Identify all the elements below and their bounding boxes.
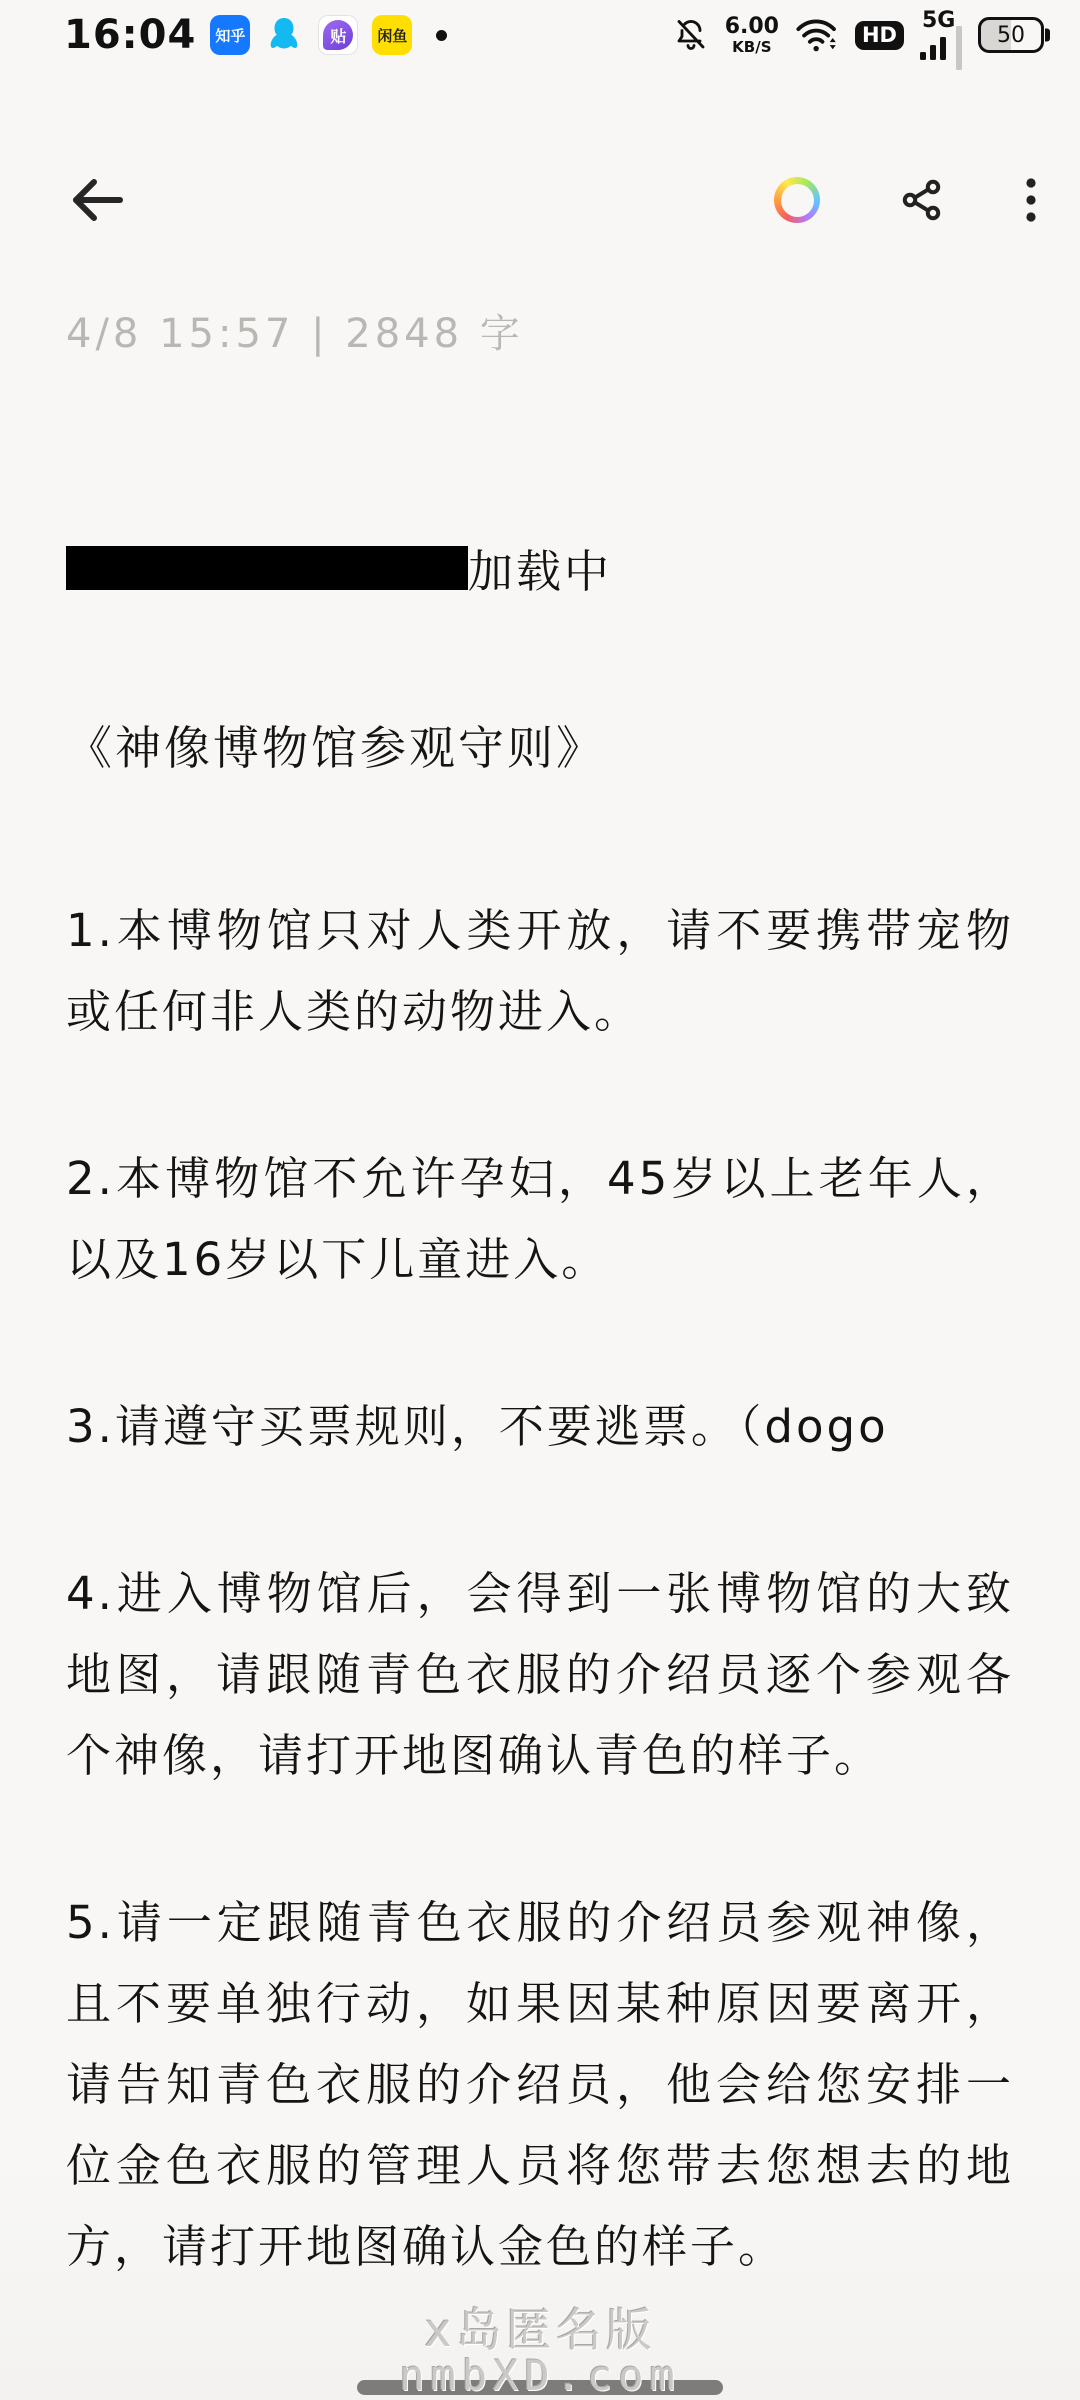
note-content: 4/8 15:57 | 2848 字 加载中 《神像博物馆参观守则》 1.本博物… bbox=[66, 252, 1014, 2373]
back-button[interactable] bbox=[64, 174, 126, 226]
rule-paragraph-2: 2.本博物馆不允许孕妇，45岁以上老年人，以及16岁以下儿童进入。 bbox=[66, 1138, 1014, 1300]
watermark-line2: nmbXD.com bbox=[0, 2354, 1080, 2398]
theme-color-button[interactable] bbox=[774, 177, 820, 223]
share-icon bbox=[898, 176, 946, 224]
share-button[interactable] bbox=[898, 176, 946, 224]
tieba-app-icon: 贴 bbox=[318, 15, 358, 55]
network-speed: 6.00 KB/S bbox=[725, 16, 779, 55]
bell-muted-icon bbox=[673, 16, 709, 54]
rule-paragraph-1: 1.本博物馆只对人类开放，请不要携带宠物或任何非人类的动物进入。 bbox=[66, 890, 1014, 1052]
note-toolbar bbox=[0, 148, 1080, 252]
clock: 16:04 bbox=[64, 12, 196, 58]
battery-icon: 50 bbox=[978, 17, 1044, 53]
rule-paragraph-5: 5.请一定跟随青色衣服的介绍员参观神像，且不要单独行动，如果因某种原因要离开，请… bbox=[66, 1882, 1014, 2287]
wifi-icon bbox=[795, 16, 839, 54]
rainbow-ring-icon bbox=[774, 177, 820, 223]
tieba-icon-label: 贴 bbox=[330, 24, 346, 47]
signal-bars-icon bbox=[920, 34, 962, 60]
zhihu-app-icon: 知乎 bbox=[210, 15, 250, 55]
qq-penguin-icon bbox=[264, 15, 304, 55]
network-speed-unit: KB/S bbox=[732, 40, 771, 55]
more-options-button[interactable] bbox=[1024, 174, 1038, 226]
rule-paragraph-3: 3.请遵守买票规则，不要逃票。（dogo bbox=[66, 1386, 1014, 1467]
zhihu-icon-label: 知乎 bbox=[215, 25, 245, 46]
redacted-title-block bbox=[66, 546, 468, 590]
tieba-bubble-icon: 贴 bbox=[323, 20, 353, 50]
kebab-menu-icon bbox=[1024, 174, 1038, 226]
battery-level: 50 bbox=[997, 23, 1025, 48]
rule-paragraph-4: 4.进入博物馆后，会得到一张博物馆的大致地图，请跟随青色衣服的介绍员逐个参观各个… bbox=[66, 1553, 1014, 1796]
status-bar: 16:04 知乎 贴 闲鱼 6.00 KB/S bbox=[0, 0, 1080, 70]
loading-row: 加载中 bbox=[66, 535, 1014, 600]
notification-dot bbox=[436, 30, 447, 41]
hd-voice-icon: HD bbox=[855, 21, 904, 50]
note-title: 《神像博物馆参观守则》 bbox=[66, 712, 1014, 778]
loading-label: 加载中 bbox=[468, 535, 612, 600]
cell-signal: 5G bbox=[920, 10, 962, 60]
xianyu-icon-label: 闲鱼 bbox=[377, 25, 407, 46]
network-speed-value: 6.00 bbox=[725, 16, 779, 38]
watermark: x岛匿名版 nmbXD.com bbox=[0, 2306, 1080, 2398]
note-body: 1.本博物馆只对人类开放，请不要携带宠物或任何非人类的动物进入。 2.本博物馆不… bbox=[66, 890, 1014, 2287]
back-arrow-icon bbox=[64, 174, 126, 226]
network-type-label: 5G bbox=[922, 10, 955, 32]
xianyu-app-icon: 闲鱼 bbox=[372, 15, 412, 55]
qq-app-icon bbox=[264, 15, 304, 55]
note-meta: 4/8 15:57 | 2848 字 bbox=[66, 302, 1014, 359]
watermark-line1: x岛匿名版 bbox=[0, 2306, 1080, 2354]
